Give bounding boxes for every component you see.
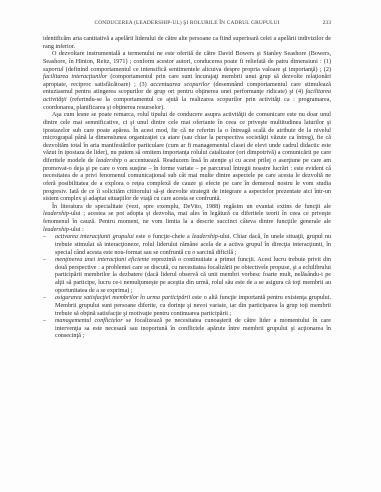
text-run: O dezvoltare instrumentală a termenului … <box>43 51 331 65</box>
text-run: (definind comportamentul ce intensifică … <box>63 67 331 73</box>
term-leadership: leadership <box>43 227 69 233</box>
function-title: managementul conflictelor <box>55 318 123 324</box>
text-run: este o funcţie-cheie a <box>134 234 192 240</box>
term-leadership: leadership <box>192 234 218 240</box>
paragraph-communication-role: Aşa cum lesne se poate remarca, rolul ti… <box>43 112 331 204</box>
paragraph-continuation: identificăm aria cantitativă a apelării … <box>43 36 331 51</box>
dash-bullet-icon: – <box>43 257 46 265</box>
term-suportul: suportul <box>43 67 63 73</box>
list-item: –menţinerea unei interacţiuni eficiente … <box>43 257 331 295</box>
page-header: CONDUCEREA (LEADERSHIP-UL) ŞI ROLURILE Î… <box>43 20 331 30</box>
list-item: –asigurarea satisfacţiei membrilor în ur… <box>43 295 331 318</box>
page-body: identificăm aria cantitativă a apelării … <box>43 36 331 341</box>
dash-bullet-icon: – <box>43 234 46 242</box>
dash-bullet-icon: – <box>43 295 46 303</box>
text-run: o accentuează. Readucem însă în atenţie … <box>43 158 331 202</box>
function-title: asigurarea satisfacţiei membrilor în urm… <box>55 295 190 301</box>
term-facilitarea-interactiunilor: facilitarea interacţiunilor <box>43 74 107 80</box>
paragraph-bowers-seashore: O dezvoltare instrumentală a termenului … <box>43 51 331 112</box>
book-page: CONDUCEREA (LEADERSHIP-UL) ŞI ROLURILE Î… <box>0 0 381 492</box>
list-item: –managementul conflictelor se focalizeaz… <box>43 318 331 341</box>
text-run: În literatura de specialitate (vezi, spr… <box>52 204 331 210</box>
text-run: (referindu-se la comportamentul ce ajută… <box>43 97 331 111</box>
term-leadership: leadership <box>96 158 122 164</box>
paragraph-functions-intro: În literatura de specialitate (vezi, spr… <box>43 204 331 235</box>
page-number: 233 <box>323 20 331 26</box>
text-run: -ului : <box>69 227 84 233</box>
text-run: Aşa cum lesne se poate remarca, rolul ti… <box>43 112 331 164</box>
term-accentuarea-scopurilor: accentuarea scopurilor <box>150 82 209 88</box>
leadership-functions-list: –activarea interacţiunii grupului este o… <box>43 234 331 341</box>
function-title: menţinerea unei interacţiuni eficiente <box>55 257 149 263</box>
term-leadership: leadership <box>43 211 69 217</box>
function-title: activarea interacţiunii grupului <box>55 234 134 240</box>
dash-bullet-icon: – <box>43 318 46 326</box>
running-head: CONDUCEREA (LEADERSHIP-UL) ŞI ROLURILE Î… <box>86 20 288 26</box>
list-item: –activarea interacţiunii grupului este o… <box>43 234 331 257</box>
text-run: -ului ; acestea se pot adopta şi dezvolt… <box>43 211 331 225</box>
